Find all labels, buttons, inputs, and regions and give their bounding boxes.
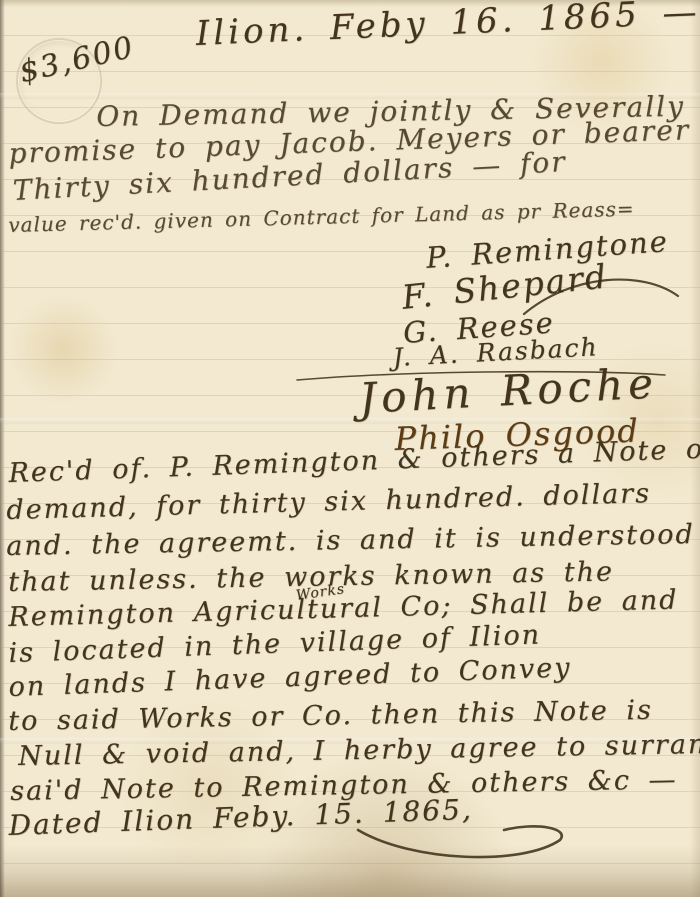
dateline: Ilion. Feby 16. 1865 — <box>195 0 700 54</box>
promise-line-4: value rec'd. given on Contract for Land … <box>8 197 635 237</box>
document-scan: Ilion. Feby 16. 1865 — $3,600 On Demand … <box>0 0 700 897</box>
receipt-line-3: and. the agreemt. is and it is understoo… <box>6 519 695 562</box>
